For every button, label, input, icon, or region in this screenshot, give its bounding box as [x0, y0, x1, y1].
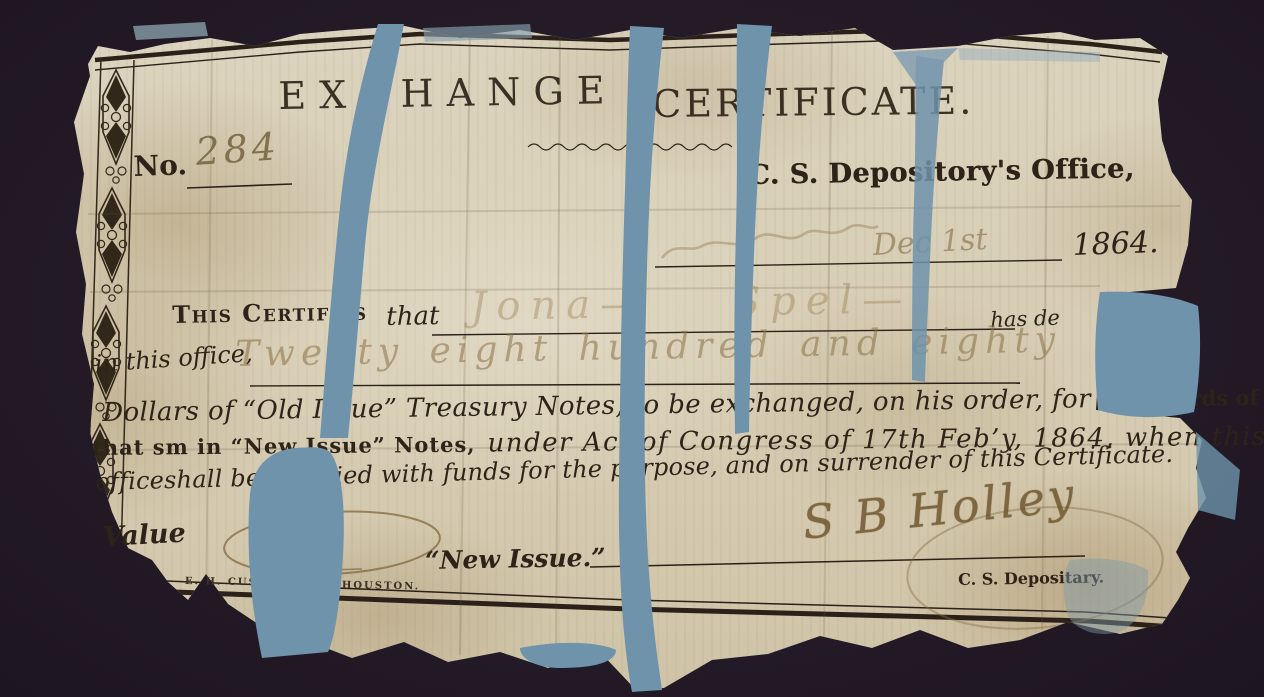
tear-top-sliver: [423, 24, 532, 42]
tear-streak-right-of-center: [734, 24, 772, 434]
tear-right-edge-corner: [1196, 432, 1240, 520]
tear-bottom-right-patch: [1064, 558, 1149, 634]
tear-streak-center: [619, 26, 664, 692]
tear-patch-value-area: [249, 447, 344, 658]
tear-top-right-sliver: [958, 48, 1100, 62]
tear-top-left-sliver: [133, 22, 208, 40]
tear-bottom-center-patch: [520, 643, 616, 668]
blue-backing-tears: [0, 0, 1264, 697]
tear-streak-left: [320, 24, 404, 438]
photograph-of-certificate: EXCHANGE CERTIFICATE. No. 284 C. S. Depo…: [0, 0, 1264, 697]
tear-patch-right-edge: [1095, 292, 1200, 417]
tear-streak-thin-right: [912, 56, 944, 382]
